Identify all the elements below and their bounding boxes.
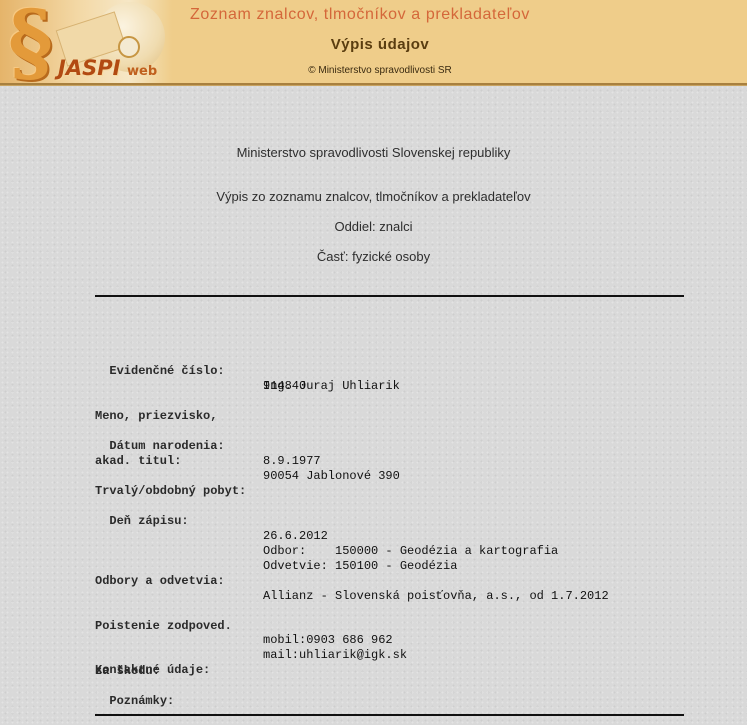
pocket-watch-icon xyxy=(118,36,140,58)
page-subtitle: Výpis údajov xyxy=(180,36,580,53)
contact-email[interactable]: mail:uhliarik@igk.sk xyxy=(263,648,407,663)
birth-date-label: Dátum narodenia: xyxy=(109,439,224,453)
entry-date-value: 26.6.2012 xyxy=(263,529,328,544)
entry-date-label: Deň zápisu: xyxy=(109,514,188,528)
divider-bottom xyxy=(95,714,684,716)
extract-title: Výpis zo zoznamu znalcov, tlmočníkov a p… xyxy=(0,189,747,204)
paragraph-symbol-icon: § xyxy=(8,0,53,83)
residence-label: Trvalý/obdobný pobyt: xyxy=(95,484,246,499)
name-value: Ing. Juraj Uhliarik xyxy=(263,379,400,394)
field-line-2: Odvetvie: 150100 - Geodézia xyxy=(263,559,457,574)
part-heading: Časť: fyzické osoby xyxy=(0,249,747,264)
logo-suffix: web xyxy=(127,64,157,79)
birth-date-value: 8.9.1977 xyxy=(263,454,321,469)
name-label-1: Meno, priezvisko, xyxy=(95,409,217,424)
contact-phone: mobil:0903 686 962 xyxy=(263,633,393,648)
residence-value: 90054 Jablonové 390 xyxy=(263,469,400,484)
record-notes: Poznámky: xyxy=(95,679,174,724)
contact-label: Kontaktné údaje: xyxy=(95,663,210,678)
section-heading: Oddiel: znalci xyxy=(0,219,747,234)
field-line-1: Odbor: 150000 - Geodézia a kartografia xyxy=(263,544,558,559)
logo-text: JASPI xyxy=(58,56,120,80)
copyright: © Ministerstvo spravodlivosti SR xyxy=(180,65,580,76)
insurance-value: Allianz - Slovenská poisťovňa, a.s., od … xyxy=(263,589,609,604)
app-title: Zoznam znalcov, tlmočníkov a prekladateľ… xyxy=(190,6,570,24)
insurance-label-1: Poistenie zodpoved. xyxy=(95,619,232,634)
jaspi-logo[interactable]: § JASPI web xyxy=(0,0,172,83)
page-header: § JASPI web Zoznam znalcov, tlmočníkov a… xyxy=(0,0,747,85)
record-entry-date: Deň zápisu: 26.6.2012 xyxy=(95,499,189,544)
institution-heading: Ministerstvo spravodlivosti Slovenskej r… xyxy=(0,145,747,160)
notes-label: Poznámky: xyxy=(109,694,174,708)
divider-top xyxy=(95,295,684,297)
fields-label: Odbory a odvetvia: xyxy=(95,574,225,589)
reg-number-label: Evidenčné číslo: xyxy=(109,364,224,378)
